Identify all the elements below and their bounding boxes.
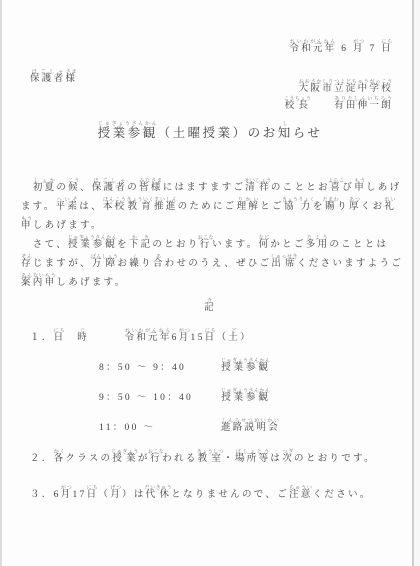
sender-principal: 校長こうちょう 有田伸一朗ありたしんいちろう xyxy=(284,97,393,114)
schedule-row: 9：50 ～ 10：40 授業参観じゅぎょうさんかん xyxy=(0,389,420,409)
greeting-line-3: 申もうしあげます。 xyxy=(21,217,406,236)
item-classrooms: ２．各かくクラスの授業じゅぎょうが行おこなわれる教室きょうしつ・場所等ばしょとう… xyxy=(30,450,410,464)
scan-edge-right-line xyxy=(412,0,414,566)
announcement-line-1: さて、授業参観じゅぎょうさんかんを下記かきのとおり行おこないます。何なにかとご多… xyxy=(21,236,406,255)
sender-school: 大阪市立淀中学校おおさかしりつよどちゅうがっこう xyxy=(284,80,393,97)
scan-edge-right-margin xyxy=(414,0,420,566)
schedule-time: 9：50 ～ 10：40 xyxy=(99,389,193,403)
item-note: ３．6月がつ17日にち（月げつ）は代休だいきゅうとなりませんので、ご注意ちゅうい… xyxy=(30,486,410,500)
schedule-row: 8：50 ～ 9：40 授業参観じゅぎょうさんかん xyxy=(0,359,420,379)
greeting-line-1: 初夏しょかの候こう、保護者ほごしゃの皆様みなさまにはますますご清祥せいしょうのこ… xyxy=(21,179,406,198)
announcement-line-3: 案内あんない申もうしあげます。 xyxy=(21,274,406,293)
schedule-time: 11：00 ～ xyxy=(99,419,155,433)
announcement-paragraph: さて、授業参観じゅぎょうさんかんを下記かきのとおり行おこないます。何なにかとご多… xyxy=(21,236,406,293)
schedule-label: 授業参観じゅぎょうさんかん xyxy=(221,389,271,403)
schedule-label: 進路説明会しんろせつめいかい xyxy=(221,419,280,433)
sender-block: 大阪市立淀中学校おおさかしりつよどちゅうがっこう 校長こうちょう 有田伸一朗あり… xyxy=(284,80,393,114)
schedule-row: 11：00 ～ 進路説明会しんろせつめいかい xyxy=(0,419,420,439)
scan-edge-left-line xyxy=(0,0,2,566)
record-heading: 記き xyxy=(0,299,420,313)
item-datetime: １．日にち 時じ 令和元年れいわがんねん6月がつ15日にち（土ど） xyxy=(30,329,410,343)
greeting-line-2: ます。平素へいそは、本校ほんこう教育きょういく推進すいしんのためにご理解りかいと… xyxy=(21,198,406,217)
recipient-line: 保護者ほごしゃ様さま xyxy=(30,70,77,84)
schedule-label: 授業参観じゅぎょうさんかん xyxy=(221,359,271,373)
schedule-time: 8：50 ～ 9：40 xyxy=(99,359,186,373)
scanned-notice-page: 令和元年れいわがんねん 6 月がつ 7 日にち 保護者ほごしゃ様さま 大阪市立淀… xyxy=(0,0,420,566)
greeting-paragraph: 初夏しょかの候こう、保護者ほごしゃの皆様みなさまにはますますご清祥せいしょうのこ… xyxy=(21,179,406,236)
document-title: 授業参観じゅぎょうさんかん（土曜授業）のお知しらせ xyxy=(0,122,420,141)
document-date: 令和元年れいわがんねん 6 月がつ 7 日にち xyxy=(289,40,393,54)
announcement-line-2: 存ぞんじますが、万障ばんしょうお繰くり合あわせのうえ、ぜひご出席しゅっせきくださ… xyxy=(21,255,406,274)
